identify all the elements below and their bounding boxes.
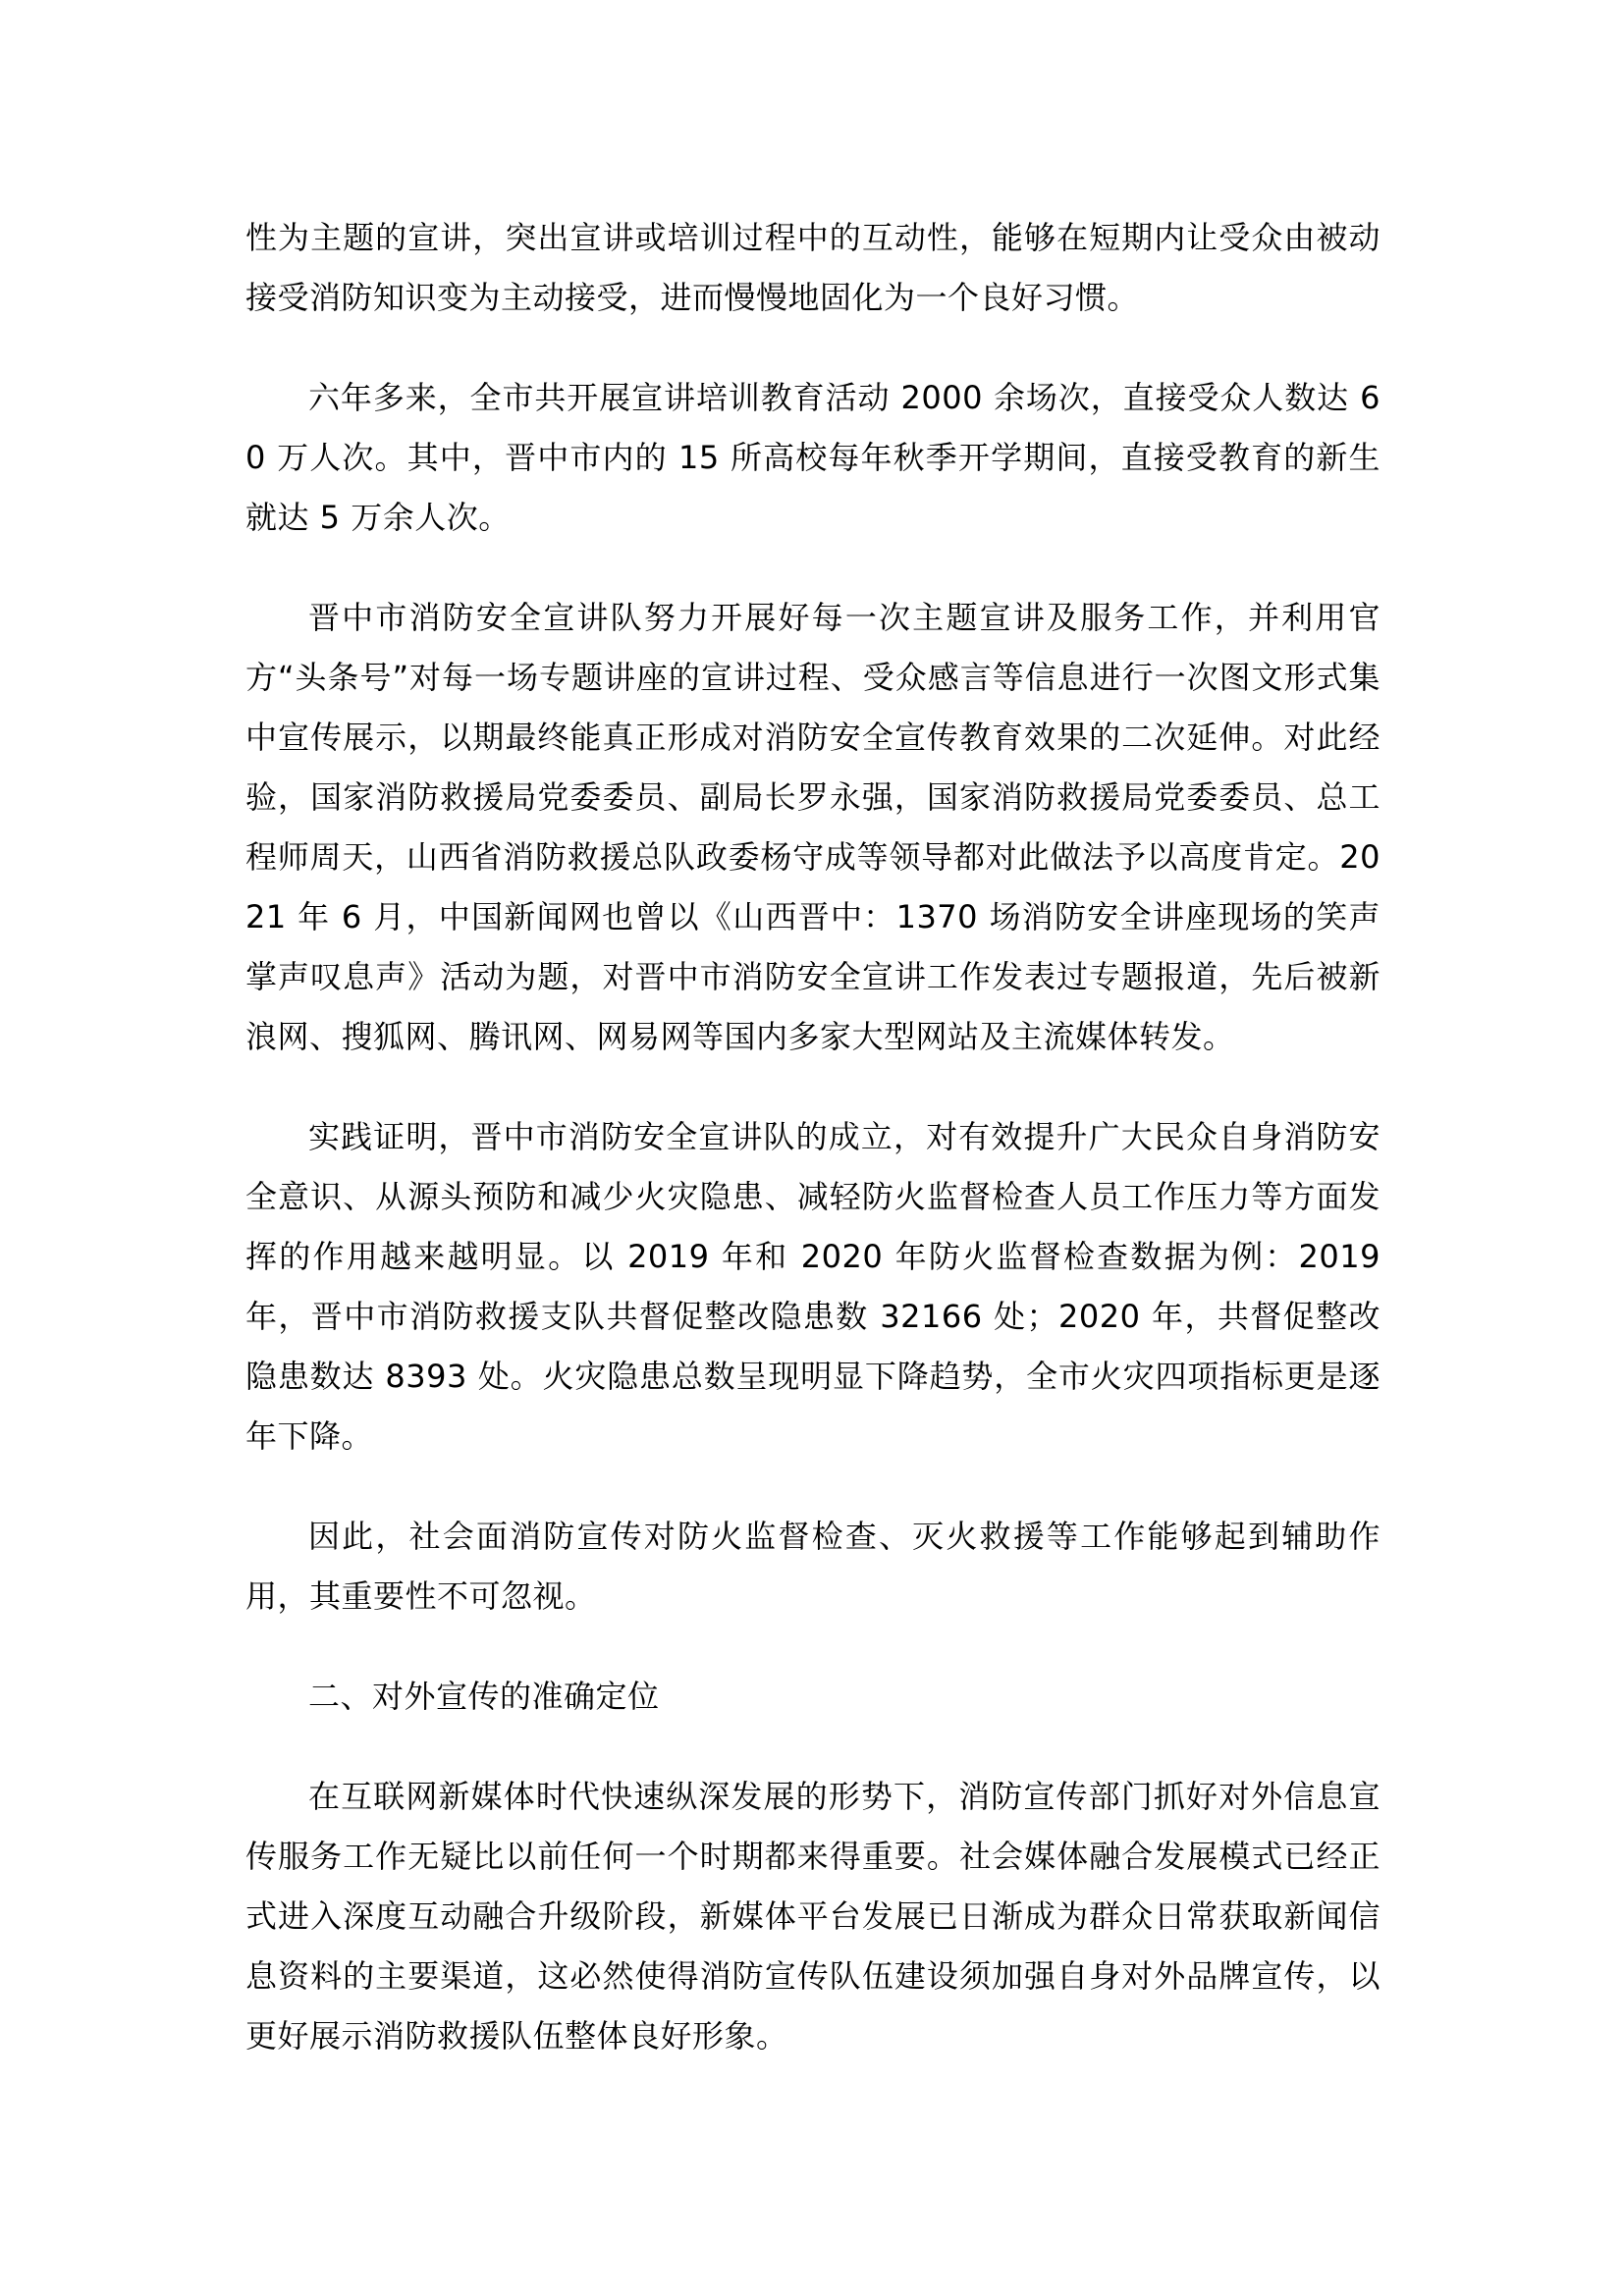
paragraph-continuation: 性为主题的宣讲，突出宣讲或培训过程中的互动性，能够在短期内让受众由被动接受消防知… [245, 208, 1380, 328]
paragraph-conclusion: 因此，社会面消防宣传对防火监督检查、灭火救援等工作能够起到辅助作用，其重要性不可… [245, 1507, 1380, 1627]
document-text-block: 性为主题的宣讲，突出宣讲或培训过程中的互动性，能够在短期内让受众由被动接受消防知… [245, 208, 1380, 2107]
paragraph-training-stats: 六年多来，全市共开展宣讲培训教育活动 2000 余场次，直接受众人数达 60 万… [245, 368, 1380, 548]
paragraph-external-publicity: 在互联网新媒体时代快速纵深发展的形势下，消防宣传部门抓好对外信息宣传服务工作无疑… [245, 1767, 1380, 2066]
document-page: 性为主题的宣讲，突出宣讲或培训过程中的互动性，能够在短期内让受众由被动接受消防知… [0, 0, 1624, 2296]
paragraph-media-coverage: 晋中市消防安全宣讲队努力开展好每一次主题宣讲及服务工作，并利用官方“头条号”对每… [245, 588, 1380, 1067]
section-heading-2: 二、对外宣传的准确定位 [245, 1667, 1380, 1727]
paragraph-inspection-data: 实践证明，晋中市消防安全宣讲队的成立，对有效提升广大民众自身消防安全意识、从源头… [245, 1107, 1380, 1467]
